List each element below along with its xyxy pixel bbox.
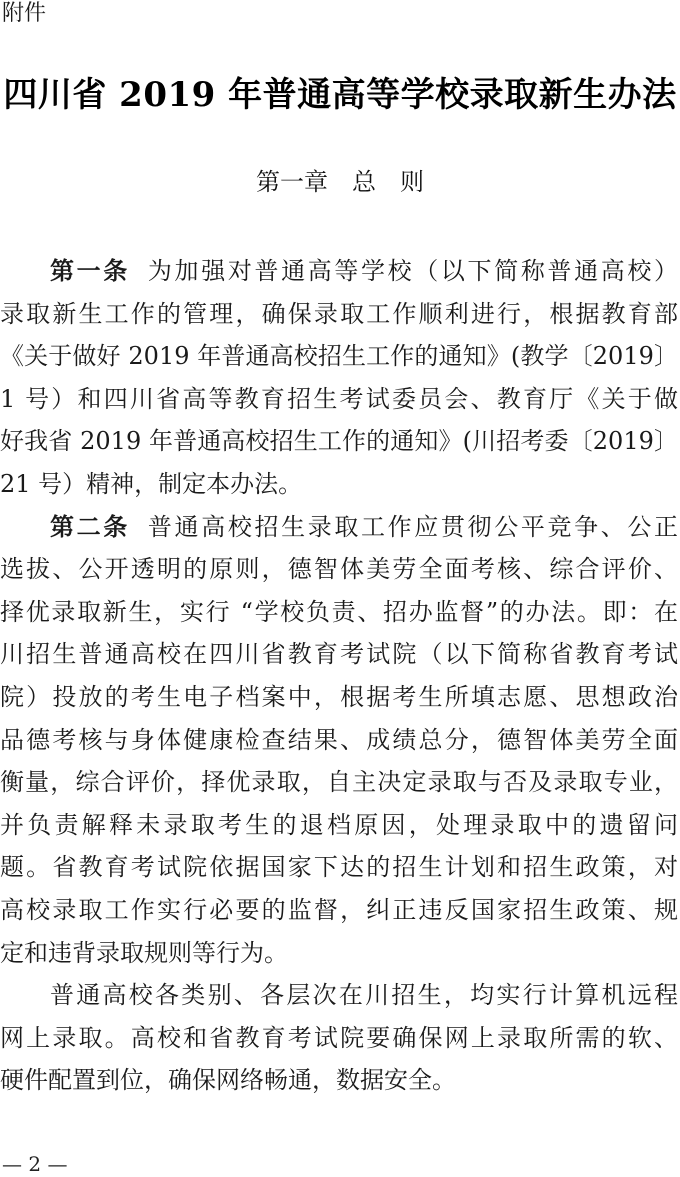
text-line: 普通高校各类别、各层次在川招生，均实行计算机远程 xyxy=(0,974,680,1017)
text-line: 21 号）精神，制定本办法。 xyxy=(0,463,680,506)
text-line: 川招生普通高校在四川省教育考试院（以下简称省教育考试 xyxy=(0,633,680,676)
text-line: 第一条为加强对普通高等学校（以下简称普通高校） xyxy=(0,250,680,293)
text-line: 高校录取工作实行必要的监督，纠正违反国家招生政策、规 xyxy=(0,889,680,932)
text-line: 硬件配置到位，确保网络畅通，数据安全。 xyxy=(0,1059,680,1102)
text-line: 录取新生工作的管理，确保录取工作顺利进行，根据教育部 xyxy=(0,293,680,336)
text-line: 网上录取。高校和省教育考试院要确保网上录取所需的软、 xyxy=(0,1017,680,1060)
text-line: 品德考核与身体健康检查结果、成绩总分，德智体美劳全面 xyxy=(0,719,680,762)
text-line: 好我省 2019 年普通高校招生工作的通知》(川招考委〔2019〕 xyxy=(0,420,680,463)
text-line: 选拔、公开透明的原则，德智体美劳全面考核、综合评价、 xyxy=(0,548,680,591)
text-line: 定和违背录取规则等行为。 xyxy=(0,932,680,975)
article-1: 第一条为加强对普通高等学校（以下简称普通高校） 录取新生工作的管理，确保录取工作… xyxy=(0,250,680,506)
article-2: 第二条普通高校招生录取工作应贯彻公平竞争、公正 选拔、公开透明的原则，德智体美劳… xyxy=(0,506,680,975)
text-line: 衡量，综合评价，择优录取，自主决定录取与否及录取专业， xyxy=(0,761,680,804)
text-line: 第二条普通高校招生录取工作应贯彻公平竞争、公正 xyxy=(0,506,680,549)
document-body: 第一条为加强对普通高等学校（以下简称普通高校） 录取新生工作的管理，确保录取工作… xyxy=(0,250,680,1102)
text-line: 院）投放的考生电子档案中，根据考生所填志愿、思想政治 xyxy=(0,676,680,719)
article-lead: 第一条 xyxy=(50,257,130,285)
page-number: — 2 — xyxy=(2,1150,67,1177)
paragraph-3: 普通高校各类别、各层次在川招生，均实行计算机远程 网上录取。高校和省教育考试院要… xyxy=(0,974,680,1102)
text-line: 择优录取新生，实行 “学校负责、招办监督”的办法。即：在 xyxy=(0,591,680,634)
attachment-label: 附件 xyxy=(2,0,46,28)
text-line: 《关于做好 2019 年普通高校招生工作的通知》(教学〔2019〕 xyxy=(0,335,680,378)
text-line: 并负责解释未录取考生的退档原因，处理录取中的遗留问 xyxy=(0,804,680,847)
article-lead: 第二条 xyxy=(50,513,130,541)
text-line: 1 号）和四川省高等教育招生考试委员会、教育厅《关于做 xyxy=(0,378,680,421)
text-line: 题。省教育考试院依据国家下达的招生计划和招生政策，对 xyxy=(0,846,680,889)
chapter-heading: 第一章 总 则 xyxy=(0,164,680,200)
document-title: 四川省 2019 年普通高等学校录取新生办法 xyxy=(0,66,680,124)
